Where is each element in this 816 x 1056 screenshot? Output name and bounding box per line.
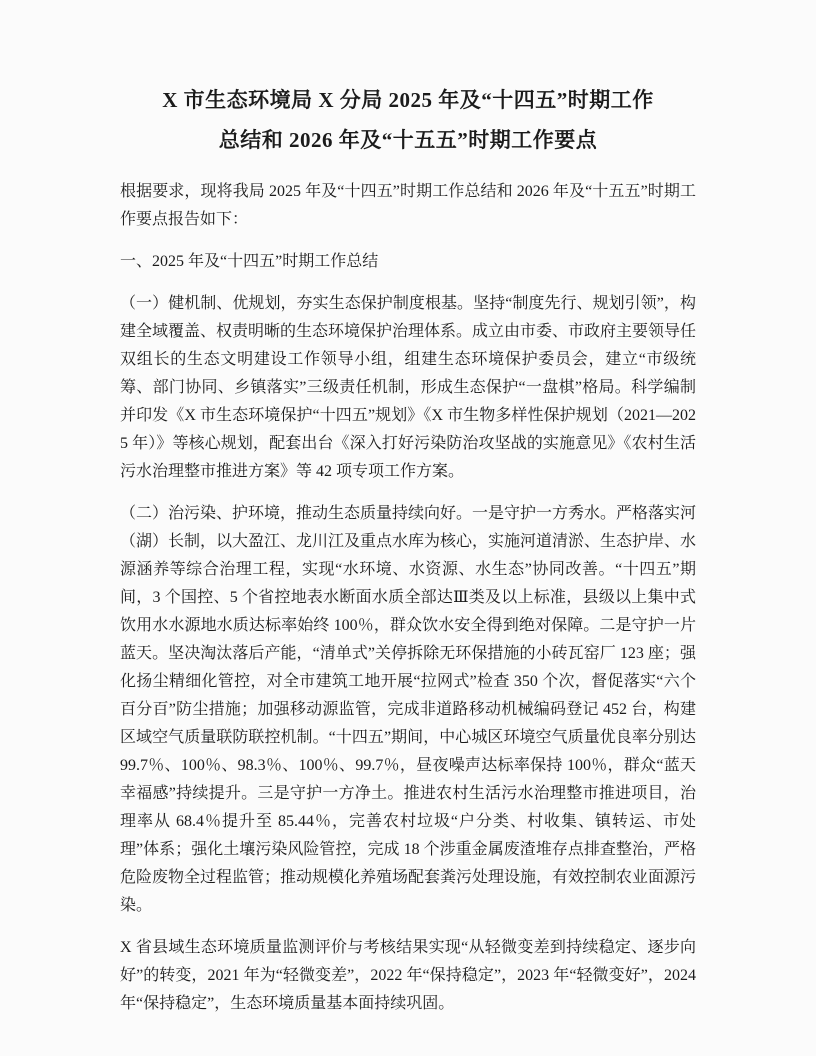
paragraph-pollution-control: （二）治污染、护环境，推动生态质量持续向好。一是守护一方秀水。严格落实河（湖）长… (120, 500, 696, 920)
opening-paragraph: 根据要求，现将我局 2025 年及“十四五”时期工作总结和 2026 年及“十五… (120, 178, 696, 234)
document-page: X 市生态环境局 X 分局 2025 年及“十四五”时期工作 总结和 2026 … (0, 0, 816, 1056)
document-body: 根据要求，现将我局 2025 年及“十四五”时期工作总结和 2026 年及“十五… (120, 178, 696, 1018)
paragraph-institutions-planning: （一）健机制、优规划，夯实生态保护制度根基。坚持“制度先行、规划引领”，构建全域… (120, 290, 696, 486)
document-title-line-2: 总结和 2026 年及“十五五”时期工作要点 (120, 120, 696, 160)
document-title: X 市生态环境局 X 分局 2025 年及“十四五”时期工作 总结和 2026 … (120, 80, 696, 160)
closing-paragraph: X 省县域生态环境质量监测评价与考核结果实现“从轻微变差到持续稳定、逐步向好”的… (120, 934, 696, 1018)
document-title-line-1: X 市生态环境局 X 分局 2025 年及“十四五”时期工作 (120, 80, 696, 120)
section-heading: 一、2025 年及“十四五”时期工作总结 (120, 248, 696, 276)
